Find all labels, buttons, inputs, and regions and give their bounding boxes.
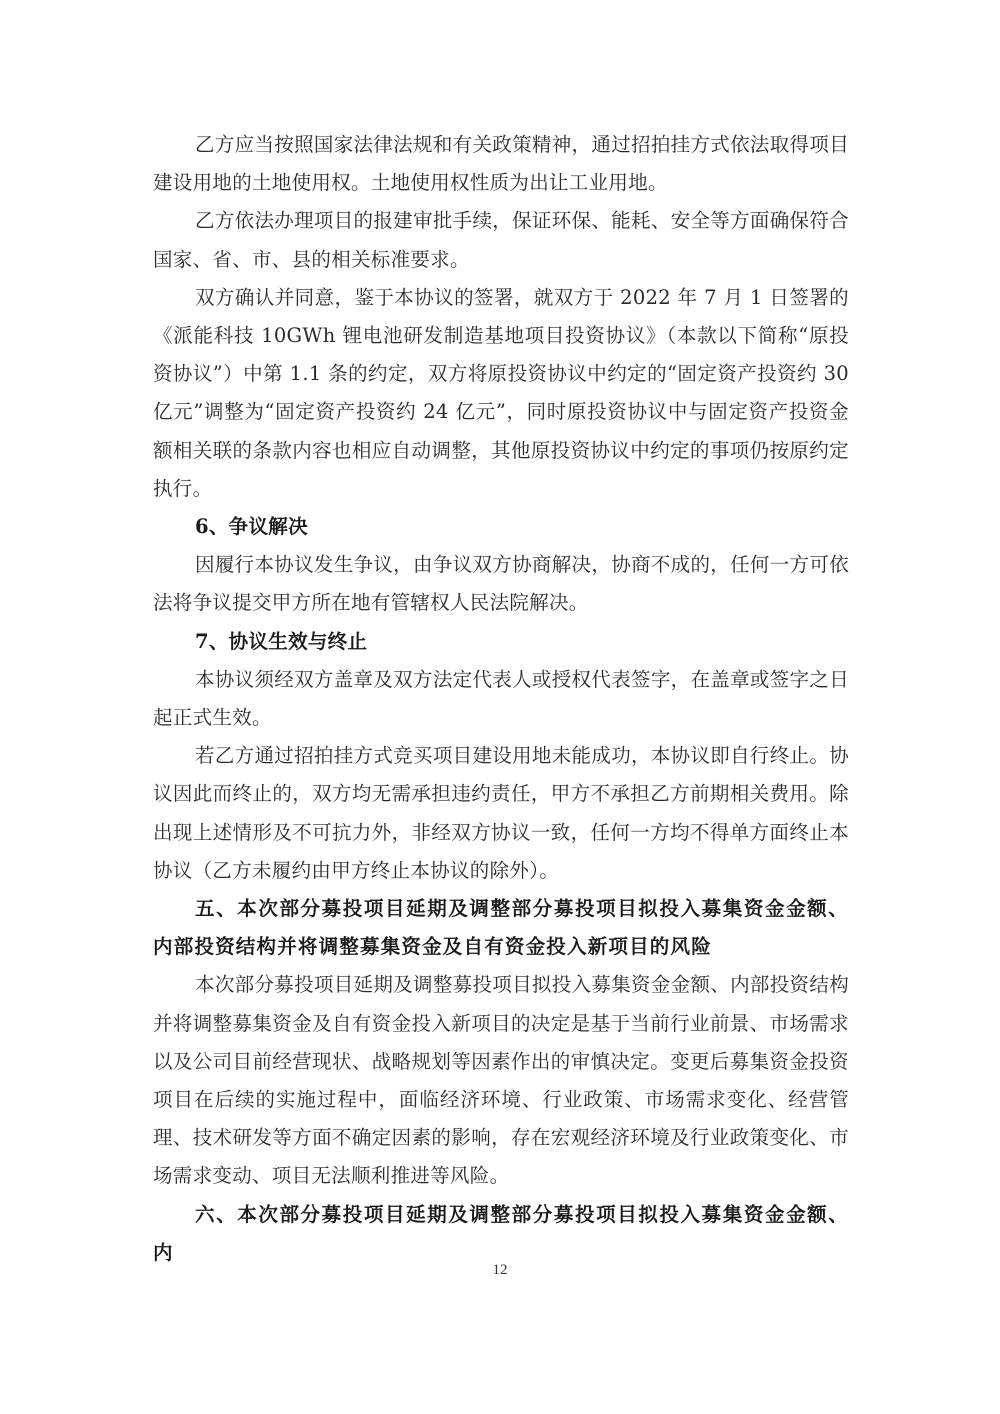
document-page: 乙方应当按照国家法律法规和有关政策精神，通过招拍挂方式依法取得项目建设用地的土地…: [153, 126, 849, 1272]
paragraph-effectiveness: 本协议须经双方盖章及双方法定代表人或授权代表签字，在盖章或签字之日起正式生效。: [153, 661, 849, 737]
page-number: 12: [0, 1262, 1000, 1279]
section-heading-six: 六、本次部分募投项目延期及调整部分募投项目拟投入募集资金金额、内: [153, 1196, 849, 1272]
heading-dispute-resolution: 6、争议解决: [153, 508, 849, 546]
heading-effectiveness-termination: 7、协议生效与终止: [153, 623, 849, 661]
paragraph-termination: 若乙方通过招拍挂方式竞买项目建设用地未能成功，本协议即自行终止。协议因此而终止的…: [153, 737, 849, 890]
paragraph-land-use-rights: 乙方应当按照国家法律法规和有关政策精神，通过招拍挂方式依法取得项目建设用地的土地…: [153, 126, 849, 202]
paragraph-approval-procedures: 乙方依法办理项目的报建审批手续，保证环保、能耗、安全等方面确保符合国家、省、市、…: [153, 202, 849, 278]
paragraph-investment-adjustment: 双方确认并同意，鉴于本协议的签署，就双方于 2022 年 7 月 1 日签署的《…: [153, 279, 849, 508]
paragraph-dispute-resolution: 因履行本协议发生争议，由争议双方协商解决，协商不成的，任何一方可依法将争议提交甲…: [153, 546, 849, 622]
paragraph-risks: 本次部分募投项目延期及调整募投项目拟投入募集资金金额、内部投资结构并将调整募集资…: [153, 966, 849, 1195]
section-heading-five-risks: 五、本次部分募投项目延期及调整部分募投项目拟投入募集资金金额、内部投资结构并将调…: [153, 890, 849, 966]
